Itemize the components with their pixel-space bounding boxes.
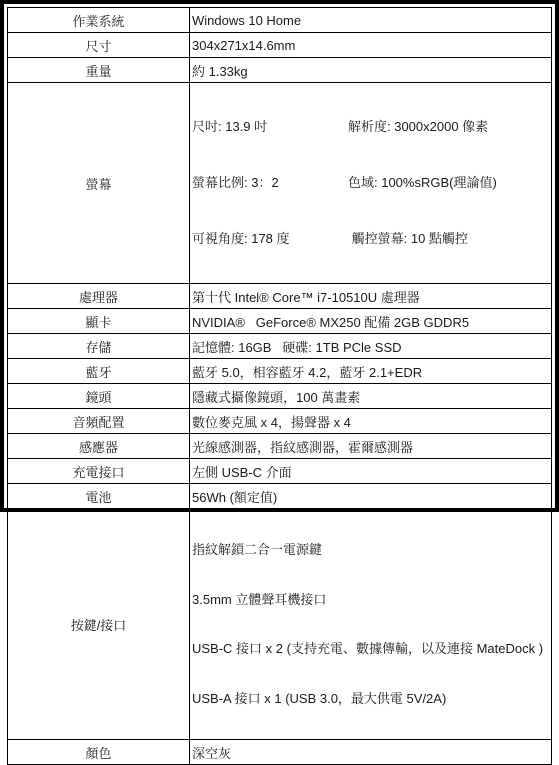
row-cpu: 處理器 第十代 Intel® Core™ i7-10510U 處理器 — [8, 284, 552, 309]
spec-label: 尺寸 — [8, 33, 190, 58]
spec-label: 鏡頭 — [8, 384, 190, 409]
display-touch: 觸控螢幕: 10 點觸控 — [348, 226, 549, 252]
spec-label: 按鍵/接口 — [8, 509, 190, 740]
display-aspect-ratio: 螢幕比例: 3：2 — [192, 170, 348, 196]
spec-value: 指紋解鎖二合一電源鍵 3.5mm 立體聲耳機接口 USB-C 接口 x 2 (支… — [190, 509, 552, 740]
spec-value: 光線感測器，指紋感測器，霍爾感測器 — [190, 434, 552, 459]
row-os: 作業系統 Windows 10 Home — [8, 8, 552, 33]
row-buttons-ports: 按鍵/接口 指紋解鎖二合一電源鍵 3.5mm 立體聲耳機接口 USB-C 接口 … — [8, 509, 552, 740]
display-line-2: 螢幕比例: 3：2 色域: 100%sRGB(理論值) — [192, 170, 549, 196]
spec-label: 螢幕 — [8, 83, 190, 284]
spec-value: NVIDIA® GeForce® MX250 配備 2GB GDDR5 — [190, 309, 552, 334]
spec-value: 記憶體: 16GB 硬碟: 1TB PCle SSD — [190, 334, 552, 359]
spec-label: 藍牙 — [8, 359, 190, 384]
spec-label: 重量 — [8, 58, 190, 83]
row-camera: 鏡頭 隱藏式攝像鏡頭，100 萬畫素 — [8, 384, 552, 409]
spec-value: 隱藏式攝像鏡頭，100 萬畫素 — [190, 384, 552, 409]
row-battery: 電池 56Wh (額定值) — [8, 484, 552, 509]
display-viewing-angle: 可視角度: 178 度 — [192, 226, 348, 252]
spec-value: 56Wh (額定值) — [190, 484, 552, 509]
spec-label: 作業系統 — [8, 8, 190, 33]
spec-value: 第十代 Intel® Core™ i7-10510U 處理器 — [190, 284, 552, 309]
row-bluetooth: 藍牙 藍牙 5.0，相容藍牙 4.2，藍牙 2.1+EDR — [8, 359, 552, 384]
spec-label: 電池 — [8, 484, 190, 509]
spec-label: 音頻配置 — [8, 409, 190, 434]
row-charging-port: 充電接口 左側 USB-C 介面 — [8, 459, 552, 484]
row-display: 螢幕 尺吋: 13.9 吋 解析度: 3000x2000 像素 螢幕比例: 3：… — [8, 83, 552, 284]
ports-line-usb-c: USB-C 接口 x 2 (支持充電、數據傳輸，以及連接 MateDock ) — [192, 639, 549, 659]
spec-label: 充電接口 — [8, 459, 190, 484]
spec-value: 深空灰 — [190, 740, 552, 765]
display-line-1: 尺吋: 13.9 吋 解析度: 3000x2000 像素 — [192, 114, 549, 140]
spec-label: 顯卡 — [8, 309, 190, 334]
spec-value: Windows 10 Home — [190, 8, 552, 33]
ports-line-headphone-jack: 3.5mm 立體聲耳機接口 — [192, 590, 549, 610]
ports-line-power-key: 指紋解鎖二合一電源鍵 — [192, 540, 549, 560]
row-weight: 重量 約 1.33kg — [8, 58, 552, 83]
spec-table-frame: 作業系統 Windows 10 Home 尺寸 304x271x14.6mm 重… — [0, 0, 559, 512]
spec-value: 304x271x14.6mm — [190, 33, 552, 58]
display-color-gamut: 色域: 100%sRGB(理論值) — [348, 170, 549, 196]
row-dimensions: 尺寸 304x271x14.6mm — [8, 33, 552, 58]
row-sensors: 感應器 光線感測器，指紋感測器，霍爾感測器 — [8, 434, 552, 459]
display-resolution: 解析度: 3000x2000 像素 — [348, 114, 549, 140]
spec-value: 藍牙 5.0，相容藍牙 4.2，藍牙 2.1+EDR — [190, 359, 552, 384]
spec-label: 處理器 — [8, 284, 190, 309]
row-gpu: 顯卡 NVIDIA® GeForce® MX250 配備 2GB GDDR5 — [8, 309, 552, 334]
spec-label: 存儲 — [8, 334, 190, 359]
spec-label: 感應器 — [8, 434, 190, 459]
display-size: 尺吋: 13.9 吋 — [192, 114, 348, 140]
row-color: 顏色 深空灰 — [8, 740, 552, 765]
ports-line-usb-a: USB-A 接口 x 1 (USB 3.0，最大供電 5V/2A) — [192, 689, 549, 709]
row-storage: 存儲 記憶體: 16GB 硬碟: 1TB PCle SSD — [8, 334, 552, 359]
spec-table: 作業系統 Windows 10 Home 尺寸 304x271x14.6mm 重… — [7, 7, 552, 765]
spec-value: 左側 USB-C 介面 — [190, 459, 552, 484]
spec-value: 數位麥克風 x 4，揚聲器 x 4 — [190, 409, 552, 434]
row-audio: 音頻配置 數位麥克風 x 4，揚聲器 x 4 — [8, 409, 552, 434]
spec-label: 顏色 — [8, 740, 190, 765]
spec-value: 尺吋: 13.9 吋 解析度: 3000x2000 像素 螢幕比例: 3：2 色… — [190, 83, 552, 284]
display-line-3: 可視角度: 178 度 觸控螢幕: 10 點觸控 — [192, 226, 549, 252]
spec-value: 約 1.33kg — [190, 58, 552, 83]
